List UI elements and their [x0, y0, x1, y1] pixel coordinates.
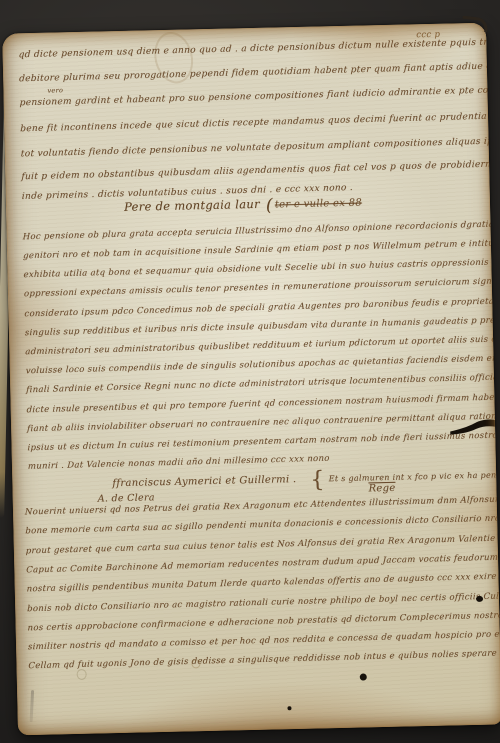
- notary-signature: ffranciscus Aymerici et Guillermi .: [112, 474, 296, 489]
- pencil-mark: [30, 690, 35, 722]
- stain-ring: [191, 659, 200, 668]
- wormhole-dot: [360, 673, 367, 680]
- handwritten-line: exhibita utilia atq bona et sequamur qui…: [23, 258, 489, 281]
- heading-paren: (: [260, 195, 275, 215]
- photo-stage: ccc p qd dicte pensionem usq diem e anno…: [0, 0, 500, 743]
- wormhole-dot: [287, 706, 291, 710]
- text-block-grant: Hoc pensione ob plura grata accepta seru…: [2, 23, 486, 34]
- entry-heading: Pere de montgaia laur(ter e vulle ex 88: [124, 193, 362, 218]
- page-curl-ink-mark: [461, 16, 488, 33]
- handwritten-line: finali Sardinie et Corsice Regni nunc no…: [26, 371, 500, 395]
- handwritten-line: considerato ipsum pdco Concedimus nob de…: [24, 295, 500, 319]
- handwritten-line: prout gestaret que cum carta sua cuius t…: [26, 532, 500, 556]
- handwritten-line: pensionem gardint et habeant pro suo pen…: [19, 85, 497, 108]
- handwritten-line: Hoc pensione ob plura grata accepta seru…: [22, 219, 500, 243]
- interlinear-insertion: vero: [47, 86, 63, 94]
- registration-brace: {: [296, 467, 329, 493]
- ink-blot-stroke: [449, 412, 500, 439]
- handwritten-line: voluisse loco suis compendiis inde de si…: [25, 352, 500, 376]
- scribe-signature: A. de Clera: [98, 492, 155, 504]
- handwritten-line: Cellam qd fuit ugonis Jono de gisis dedi…: [28, 648, 500, 671]
- handwritten-line: similiter nostris qd mandato a comisso e…: [28, 629, 500, 653]
- handwritten-line: bonis nob dicto Consiliario nro ac magis…: [27, 591, 500, 614]
- handwritten-line: tot voluntatis fiendo dicte pensionibus …: [21, 135, 500, 159]
- handwritten-line: Nouerint uniuersi qd nos Petrus dei grat…: [25, 492, 500, 517]
- handwritten-line: fiant ab aliis inviolabiliter obseruari …: [27, 411, 500, 435]
- chancery-note: Et s galmuren int x fco p vic ex ha pena: [329, 470, 500, 483]
- handwritten-line: oppressioni expectans amissis oculis ten…: [24, 276, 500, 299]
- handwritten-line: qd dicte pensionem usq diem e anno quo a…: [18, 37, 492, 60]
- stain-ring: [77, 669, 87, 680]
- handwritten-line: bene fit incontinens incede que sicut di…: [20, 111, 500, 135]
- manuscript-page: ccc p qd dicte pensionem usq diem e anno…: [2, 23, 500, 736]
- handwritten-line: genitori nro et nob tam in acquisitione …: [23, 238, 500, 261]
- handwritten-line: ipsius ut es dictum In cuius rei testimo…: [27, 429, 500, 453]
- handwritten-line: fuit p eidem no obstantibus quibusdam al…: [21, 159, 500, 182]
- text-block-confirmation: Nouerint uniuersi qd nos Petrus dei grat…: [2, 23, 486, 34]
- heading-crossed-out: ter e vulle ex 88: [275, 197, 362, 210]
- heading-name: Pere de montgaia laur: [124, 197, 260, 214]
- marginal-note-rege: Rege: [368, 483, 395, 495]
- handwritten-line: administratori seu administratoribus qui…: [25, 334, 500, 357]
- handwritten-line: debitore plurima seu prorogatione pepend…: [19, 61, 500, 84]
- handwritten-line: dicte insule presentibus et qui pro temp…: [26, 391, 500, 416]
- handwritten-line: singulis sup redditibus et iuribus nris …: [25, 315, 500, 339]
- text-block-upper: qd dicte pensionem usq diem e anno quo a…: [2, 23, 486, 34]
